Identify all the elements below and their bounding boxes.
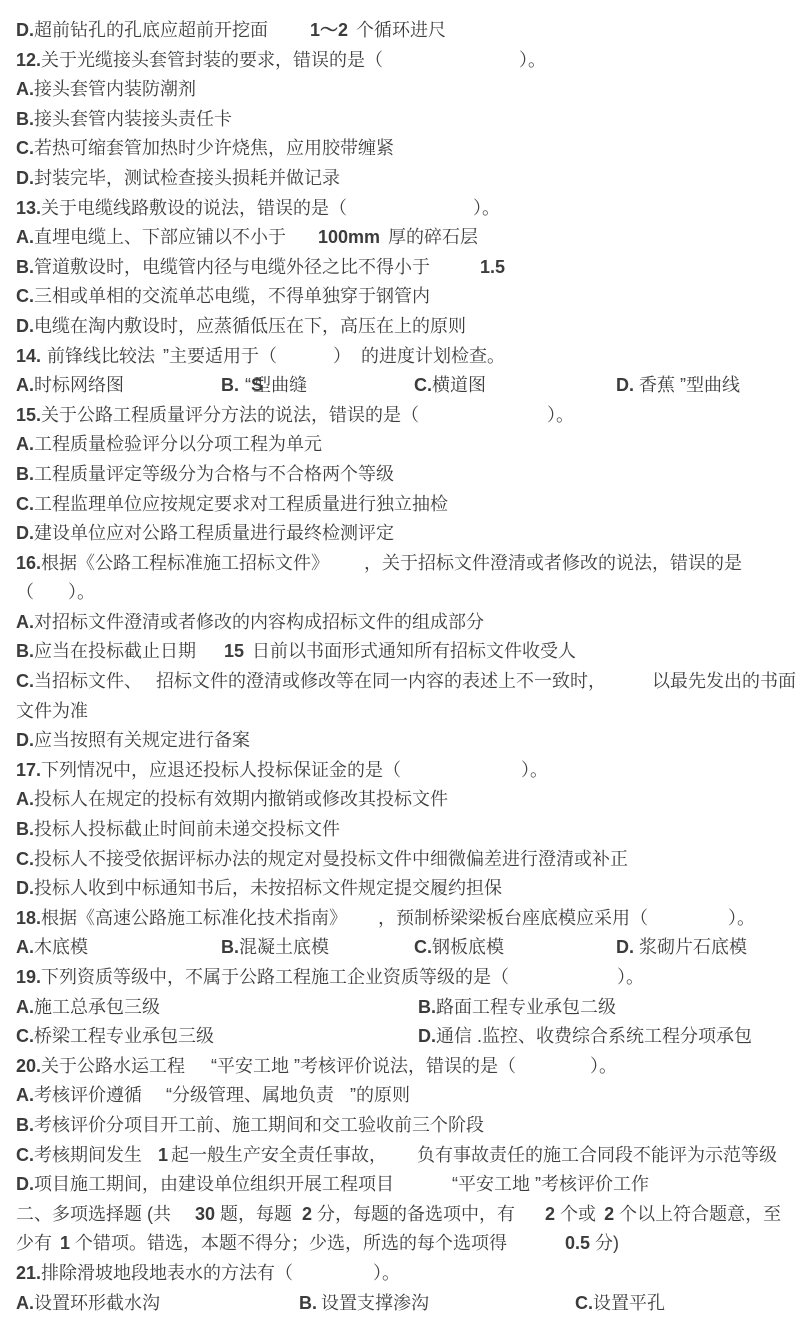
label-bold: D. xyxy=(616,375,634,395)
text-segment: 关于公路工程质量评分方法的说法，错误的是（ xyxy=(41,405,419,425)
q20-option-c: C.考核期间发生1起一般生产安全责任事故，负有事故责任的施工合同段不能评为示范等… xyxy=(16,1141,795,1171)
text-segment: 厚的碎石层 xyxy=(388,227,478,247)
text-segment: 招标文件的澄清或修改等在同一内容的表述上不一致时， xyxy=(156,671,606,691)
text-segment: 考核评价遵循 xyxy=(34,1085,142,1105)
text-run: 文件为准 xyxy=(16,701,88,721)
text-segment: 工程质量检验评分以分项工程为单元 xyxy=(34,434,322,454)
label-bold: C. xyxy=(575,1293,593,1313)
q19-options-row2: C.桥梁工程专业承包三级D.通信 .监控、收费综合系统工程分项承包 xyxy=(16,1022,795,1052)
label-bold: D. xyxy=(16,168,34,188)
text-run: A.考核评价遵循“分级管理、属地负责”的原则 xyxy=(16,1085,410,1105)
text-segment: ） xyxy=(333,346,351,366)
text-segment: 三相或单相的交流单芯电缆，不得单独穿于钢管内 xyxy=(34,286,430,306)
q16-stem: 16.根据《公路工程标准施工招标文件》，关于招标文件澄清或者修改的说法，错误的是 xyxy=(16,549,795,579)
q19-options-row1: A.施工总承包三级B.路面工程专业承包二级 xyxy=(16,993,795,1023)
text-segment: 接头套管内装防潮剂 xyxy=(34,79,196,99)
text-run: 17.下列情况中，应退还投标人投标保证金的是（）。 xyxy=(16,760,548,780)
text-run: 12.关于光缆接头套管封装的要求，错误的是（）。 xyxy=(16,50,546,70)
text-segment: 前锋线比较法 xyxy=(47,346,155,366)
text-run: B.工程质量评定等级分为合格与不合格两个等级 xyxy=(16,464,394,484)
q17-option-a: A.投标人在规定的投标有效期内撤销或修改其投标文件 xyxy=(16,785,795,815)
text-run: 16.根据《公路工程标准施工招标文件》，关于招标文件澄清或者修改的说法，错误的是 xyxy=(16,553,742,573)
text-segment: 排除滑坡地段地表水的方法有（ xyxy=(41,1263,293,1283)
label-bold: C. xyxy=(16,494,34,514)
option-b: B.混凝土底模 xyxy=(221,933,329,963)
label-bold: 2 xyxy=(302,1204,312,1224)
text-segment: 超前钻孔的孔底应超前开挖面 xyxy=(34,20,268,40)
q12-option-d: D.封装完毕，测试检查接头损耗并做记录 xyxy=(16,164,795,194)
label-bold: 1.5 xyxy=(480,257,505,277)
text-run: 14.前锋线比较法”主要适用于（）的进度计划检查。 xyxy=(16,346,505,366)
q12-option-a: A.接头套管内装防潮剂 xyxy=(16,75,795,105)
option-b: B.“S型曲缝 xyxy=(221,371,307,401)
label-bold: B. xyxy=(16,109,34,129)
text-segment: 考核评价分项目开工前、施工期间和交工验收前三个阶段 xyxy=(34,1115,484,1135)
text-segment: 型曲缝 xyxy=(253,375,307,395)
text-segment: 电缆在淘内敷设时，应蒸循低压在下，高压在上的原则 xyxy=(34,316,466,336)
text-segment: ”的原则 xyxy=(350,1085,410,1105)
q17-option-b: B.投标人投标截止时间前未递交投标文件 xyxy=(16,815,795,845)
option-c: C.钢板底模 xyxy=(414,933,504,963)
text-segment: 根据《公路工程标准施工招标文件》 xyxy=(41,553,320,573)
text-segment: 封装完毕，测试检查接头损耗并做记录 xyxy=(34,168,340,188)
q17-stem: 17.下列情况中，应退还投标人投标保证金的是（）。 xyxy=(16,756,795,786)
text-segment: 分) xyxy=(595,1233,619,1253)
option-b: B.设置支撑渗沟 xyxy=(299,1289,429,1319)
text-segment: “平安工地 ”考核评价工作 xyxy=(452,1174,649,1194)
label-bold: B. xyxy=(16,819,34,839)
text-run: C.三相或单相的交流单芯电缆，不得单独穿于钢管内 xyxy=(16,286,430,306)
text-segment: ）。 xyxy=(617,967,644,987)
label-bold: D. xyxy=(16,730,34,750)
text-segment: 负有事故责任的施工合同段不能评为示范等级 xyxy=(417,1145,777,1165)
text-segment: 当招标文件、 xyxy=(34,671,142,691)
text-segment: 应当在投标截止日期 xyxy=(34,641,196,661)
label-bold: A. xyxy=(16,997,34,1017)
q20-option-b: B.考核评价分项目开工前、施工期间和交工验收前三个阶段 xyxy=(16,1111,795,1141)
q15-option-d: D.建设单位应对公路工程质量进行最终检测评定 xyxy=(16,519,795,549)
label-bold: A. xyxy=(16,612,34,632)
q11-option-d: D.超前钻孔的孔底应超前开挖面1～2个循环进尺 xyxy=(16,16,795,46)
label-bold: C. xyxy=(16,1145,34,1165)
option-a: A.设置环形截水沟 xyxy=(16,1289,160,1319)
q12-option-c: C.若热可缩套管加热时少许烧焦，应用胶带缠紧 xyxy=(16,134,795,164)
option-d: D.香蕉 ”型曲线 xyxy=(616,371,740,401)
label-bold: 13. xyxy=(16,198,41,218)
text-run: 15.关于公路工程质量评分方法的说法，错误的是（）。 xyxy=(16,405,574,425)
label-bold: C. xyxy=(16,671,34,691)
text-segment: 工程质量评定等级分为合格与不合格两个等级 xyxy=(34,464,394,484)
text-run: D.超前钻孔的孔底应超前开挖面1～2个循环进尺 xyxy=(16,20,446,40)
text-run: A.投标人在规定的投标有效期内撤销或修改其投标文件 xyxy=(16,789,448,809)
text-segment: 起一般生产安全责任事故， xyxy=(171,1145,387,1165)
section2-header-line2: 少有1个错项。错选，本题不得分；少选，所选的每个选项得0.5分) xyxy=(16,1229,795,1259)
text-run: B.考核评价分项目开工前、施工期间和交工验收前三个阶段 xyxy=(16,1115,484,1135)
text-run: D.建设单位应对公路工程质量进行最终检测评定 xyxy=(16,523,394,543)
section2-header-line1: 二、多项选择题 (共30题，每题2分，每题的备选项中，有2个或2个以上符合题意，… xyxy=(16,1200,795,1230)
label-bold: D. xyxy=(16,523,34,543)
q20-stem: 20.关于公路水运工程“平安工地 ”考核评价说法，错误的是（）。 xyxy=(16,1052,795,1082)
text-run: A.接头套管内装防潮剂 xyxy=(16,79,196,99)
q13-stem: 13.关于电缆线路敷设的说法，错误的是（）。 xyxy=(16,194,795,224)
text-run: C.考核期间发生1起一般生产安全责任事故，负有事故责任的施工合同段不能评为示范等… xyxy=(16,1145,777,1165)
text-segment: 个或 xyxy=(560,1204,596,1224)
label-bold: C. xyxy=(16,138,34,158)
label-bold: B. xyxy=(16,257,34,277)
label-bold: B. xyxy=(299,1293,317,1313)
text-run: 少有1个错项。错选，本题不得分；少选，所选的每个选项得0.5分) xyxy=(16,1233,619,1253)
exam-paper-page: D.超前钻孔的孔底应超前开挖面1～2个循环进尺12.关于光缆接头套管封装的要求，… xyxy=(0,0,809,1332)
label-bold: 14. xyxy=(16,346,41,366)
label-bold: D. xyxy=(16,878,34,898)
text-segment: 投标人不接受依据评标办法的规定对曼投标文件中细微偏差进行澄清或补正 xyxy=(34,849,628,869)
q14-options: A.时标网络图B.“S型曲缝C.横道图D.香蕉 ”型曲线 xyxy=(16,371,795,401)
q16-option-d: D.应当按照有关规定进行备案 xyxy=(16,726,795,756)
label-bold: 19. xyxy=(16,967,41,987)
label-bold: B. xyxy=(418,997,436,1017)
q19-stem: 19.下列资质等级中，不属于公路工程施工企业资质等级的是（）。 xyxy=(16,963,795,993)
option-d: D.通信 .监控、收费综合系统工程分项承包 xyxy=(418,1022,752,1052)
text-run: D.电缆在淘内敷设时，应蒸循低压在下，高压在上的原则 xyxy=(16,316,466,336)
text-run: D.封装完毕，测试检查接头损耗并做记录 xyxy=(16,168,340,188)
text-segment: 个错项。错选，本题不得分；少选，所选的每个选项得 xyxy=(75,1233,507,1253)
text-run: A.工程质量检验评分以分项工程为单元 xyxy=(16,434,322,454)
text-run: C.投标人不接受依据评标办法的规定对曼投标文件中细微偏差进行澄清或补正 xyxy=(16,849,628,869)
text-segment: 根据《高速公路施工标准化技术指南》 xyxy=(41,908,338,928)
option-a: A.木底模 xyxy=(16,933,88,963)
text-segment: ”主要适用于（ xyxy=(163,346,277,366)
text-run: 19.下列资质等级中，不属于公路工程施工企业资质等级的是（）。 xyxy=(16,967,644,987)
label-bold: C. xyxy=(16,1026,34,1046)
text-run: B.应当在投标截止日期15日前以书面形式通知所有招标文件收受人 xyxy=(16,641,576,661)
text-segment: 施工总承包三级 xyxy=(34,997,160,1017)
text-run: 20.关于公路水运工程“平安工地 ”考核评价说法，错误的是（）。 xyxy=(16,1056,617,1076)
text-segment: 通信 .监控、收费综合系统工程分项承包 xyxy=(436,1026,752,1046)
document-content: D.超前钻孔的孔底应超前开挖面1～2个循环进尺12.关于光缆接头套管封装的要求，… xyxy=(16,16,795,1318)
text-segment: 二、多项选择题 (共 xyxy=(16,1204,171,1224)
option-d: D.浆砌片石底模 xyxy=(616,933,747,963)
label-bold: D. xyxy=(418,1026,436,1046)
label-bold: D. xyxy=(16,1174,34,1194)
text-segment: 个以上符合题意，至 xyxy=(619,1204,781,1224)
q14-stem: 14.前锋线比较法”主要适用于（）的进度计划检查。 xyxy=(16,342,795,372)
label-bold: A. xyxy=(16,1293,34,1313)
text-segment: 横道图 xyxy=(432,375,486,395)
label-bold: 12. xyxy=(16,50,41,70)
option-a: A.时标网络图 xyxy=(16,371,124,401)
text-run: B.管道敷设时，电缆管内径与电缆外径之比不得小于1.5 xyxy=(16,257,505,277)
text-segment: 以最先发出的书面 xyxy=(652,671,796,691)
text-segment: 桥梁工程专业承包三级 xyxy=(34,1026,214,1046)
text-run: D.投标人收到中标通知书后，未按招标文件规定提交履约担保 xyxy=(16,878,502,898)
q15-option-c: C.工程监理单位应按规定要求对工程质量进行独立抽检 xyxy=(16,490,795,520)
text-run: 18.根据《高速公路施工标准化技术指南》，预制桥梁梁板台座底模应采用（）。 xyxy=(16,908,755,928)
text-segment: ）。 xyxy=(373,1263,400,1283)
text-segment: 投标人投标截止时间前未递交投标文件 xyxy=(34,819,340,839)
label-bold: 1～2 xyxy=(310,20,348,40)
q20-option-d: D.项目施工期间，由建设单位组织开展工程项目“平安工地 ”考核评价工作 xyxy=(16,1170,795,1200)
text-segment: 钢板底模 xyxy=(432,937,504,957)
q15-option-b: B.工程质量评定等级分为合格与不合格两个等级 xyxy=(16,460,795,490)
label-bold: C. xyxy=(414,937,432,957)
label-bold: A. xyxy=(16,789,34,809)
text-segment: 香蕉 ”型曲线 xyxy=(639,375,740,395)
q21-stem: 21.排除滑坡地段地表水的方法有（）。 xyxy=(16,1259,795,1289)
q18-stem: 18.根据《高速公路施工标准化技术指南》，预制桥梁梁板台座底模应采用（）。 xyxy=(16,904,795,934)
text-segment: 分，每题的备选项中，有 xyxy=(317,1204,515,1224)
label-bold: 0.5 xyxy=(565,1233,590,1253)
q16-stem-wrap: （）。 xyxy=(16,578,795,608)
label-bold: 100mm xyxy=(318,227,380,247)
label-bold: B. xyxy=(16,641,34,661)
text-segment: 设置平孔 xyxy=(593,1293,665,1313)
label-bold: 15. xyxy=(16,405,41,425)
label-bold: 16. xyxy=(16,553,41,573)
text-segment: 下列资质等级中，不属于公路工程施工企业资质等级的是（ xyxy=(41,967,509,987)
q18-options: A.木底模B.混凝土底模C.钢板底模D.浆砌片石底模 xyxy=(16,933,795,963)
text-segment: ）。 xyxy=(521,760,548,780)
text-segment: 文件为准 xyxy=(16,701,88,721)
text-segment: 浆砌片石底模 xyxy=(639,937,747,957)
text-segment: 日前以书面形式通知所有招标文件收受人 xyxy=(252,641,576,661)
label-bold: A. xyxy=(16,79,34,99)
q16-option-a: A.对招标文件澄清或者修改的内容构成招标文件的组成部分 xyxy=(16,608,795,638)
text-segment: ）。 xyxy=(728,908,755,928)
label-bold: 2 xyxy=(604,1204,614,1224)
text-segment: ，关于招标文件澄清或者修改的说法，错误的是 xyxy=(364,553,742,573)
text-segment: 木底模 xyxy=(34,937,88,957)
option-c: C.设置平孔 xyxy=(575,1289,665,1319)
label-bold: D. xyxy=(16,20,34,40)
text-segment: 接头套管内装接头责任卡 xyxy=(34,109,232,129)
label-bold: 1 xyxy=(158,1145,168,1165)
label-bold: 20. xyxy=(16,1056,41,1076)
label-bold: D. xyxy=(16,316,34,336)
text-segment: 设置支撑渗沟 xyxy=(321,1293,429,1313)
text-segment: 投标人在规定的投标有效期内撤销或修改其投标文件 xyxy=(34,789,448,809)
label-bold: 2 xyxy=(545,1204,555,1224)
label-bold: 15 xyxy=(224,641,244,661)
label-bold: B. xyxy=(16,1115,34,1135)
text-segment: 时标网络图 xyxy=(34,375,124,395)
text-segment: 下列情况中，应退还投标人投标保证金的是（ xyxy=(41,760,401,780)
text-segment: “分级管理、属地负责 xyxy=(166,1085,334,1105)
text-run: （）。 xyxy=(16,582,95,602)
text-segment: 若热可缩套管加热时少许烧焦，应用胶带缠紧 xyxy=(34,138,394,158)
text-segment: 混凝土底模 xyxy=(239,937,329,957)
label-bold: C. xyxy=(16,286,34,306)
label-bold: 1 xyxy=(60,1233,70,1253)
text-run: 21.排除滑坡地段地表水的方法有（）。 xyxy=(16,1263,400,1283)
q13-option-a: A.直埋电缆上、下部应铺以不小于100mm厚的碎石层 xyxy=(16,223,795,253)
q12-option-b: B.接头套管内装接头责任卡 xyxy=(16,105,795,135)
label-bold: 17. xyxy=(16,760,41,780)
q15-stem: 15.关于公路工程质量评分方法的说法，错误的是（）。 xyxy=(16,401,795,431)
text-segment: ）。 xyxy=(473,198,500,218)
text-segment: ，预制桥梁梁板台座底模应采用（ xyxy=(378,908,648,928)
text-segment: 个循环进尺 xyxy=(356,20,446,40)
text-segment: 关于光缆接头套管封装的要求，错误的是（ xyxy=(41,50,383,70)
q21-options: A.设置环形截水沟B.设置支撑渗沟C.设置平孔 xyxy=(16,1289,795,1319)
text-segment: 题，每题 xyxy=(220,1204,292,1224)
option-a: A.施工总承包三级 xyxy=(16,993,160,1023)
q13-option-c: C.三相或单相的交流单芯电缆，不得单独穿于钢管内 xyxy=(16,282,795,312)
text-run: B.投标人投标截止时间前未递交投标文件 xyxy=(16,819,340,839)
text-run: 二、多项选择题 (共30题，每题2分，每题的备选项中，有2个或2个以上符合题意，… xyxy=(16,1204,781,1224)
text-segment: 直埋电缆上、下部应铺以不小于 xyxy=(34,227,286,247)
q16-option-b: B.应当在投标截止日期15日前以书面形式通知所有招标文件收受人 xyxy=(16,637,795,667)
text-segment: 关于电缆线路敷设的说法，错误的是（ xyxy=(41,198,347,218)
q13-option-b: B.管道敷设时，电缆管内径与电缆外径之比不得小于1.5 xyxy=(16,253,795,283)
label-bold: A. xyxy=(16,375,34,395)
text-segment: ）。 xyxy=(590,1056,617,1076)
label-bold: A. xyxy=(16,937,34,957)
text-segment: 路面工程专业承包二级 xyxy=(436,997,616,1017)
q15-option-a: A.工程质量检验评分以分项工程为单元 xyxy=(16,430,795,460)
text-segment: 应当按照有关规定进行备案 xyxy=(34,730,250,750)
text-segment: ）。 xyxy=(519,50,546,70)
q20-option-a: A.考核评价遵循“分级管理、属地负责”的原则 xyxy=(16,1081,795,1111)
label-bold: 21. xyxy=(16,1263,41,1283)
option-c: C.横道图 xyxy=(414,371,486,401)
text-segment: ）。 xyxy=(547,405,574,425)
option-b: B.路面工程专业承包二级 xyxy=(418,993,616,1023)
text-segment: （ xyxy=(16,582,34,602)
q13-option-d: D.电缆在淘内敷设时，应蒸循低压在下，高压在上的原则 xyxy=(16,312,795,342)
label-bold: D. xyxy=(616,937,634,957)
text-segment: “平安工地 ”考核评价说法，错误的是（ xyxy=(211,1056,516,1076)
label-bold: A. xyxy=(16,1085,34,1105)
label-bold: C. xyxy=(414,375,432,395)
text-segment: 管道敷设时，电缆管内径与电缆外径之比不得小于 xyxy=(34,257,430,277)
label-bold: A. xyxy=(16,227,34,247)
text-segment: 建设单位应对公路工程质量进行最终检测评定 xyxy=(34,523,394,543)
text-run: C.若热可缩套管加热时少许烧焦，应用胶带缠紧 xyxy=(16,138,394,158)
q17-option-d: D.投标人收到中标通知书后，未按招标文件规定提交履约担保 xyxy=(16,874,795,904)
text-run: C.工程监理单位应按规定要求对工程质量进行独立抽检 xyxy=(16,494,448,514)
text-segment: 少有 xyxy=(16,1233,52,1253)
text-run: 13.关于电缆线路敷设的说法，错误的是（）。 xyxy=(16,198,500,218)
label-bold: B. xyxy=(221,937,239,957)
label-bold: A. xyxy=(16,434,34,454)
text-run: D.项目施工期间，由建设单位组织开展工程项目“平安工地 ”考核评价工作 xyxy=(16,1174,649,1194)
text-segment: 工程监理单位应按规定要求对工程质量进行独立抽检 xyxy=(34,494,448,514)
text-run: A.对招标文件澄清或者修改的内容构成招标文件的组成部分 xyxy=(16,612,484,632)
text-run: B.接头套管内装接头责任卡 xyxy=(16,109,232,129)
label-bold: 30 xyxy=(195,1204,215,1224)
q17-option-c: C.投标人不接受依据评标办法的规定对曼投标文件中细微偏差进行澄清或补正 xyxy=(16,845,795,875)
option-c: C.桥梁工程专业承包三级 xyxy=(16,1022,214,1052)
label-bold: 18. xyxy=(16,908,41,928)
q16-option-c-wrap: 文件为准 xyxy=(16,697,795,727)
q12-stem: 12.关于光缆接头套管封装的要求，错误的是（）。 xyxy=(16,46,795,76)
text-segment: 投标人收到中标通知书后，未按招标文件规定提交履约担保 xyxy=(34,878,502,898)
text-segment: 对招标文件澄清或者修改的内容构成招标文件的组成部分 xyxy=(34,612,484,632)
text-segment: ）。 xyxy=(68,582,95,602)
text-segment: 项目施工期间，由建设单位组织开展工程项目 xyxy=(34,1174,394,1194)
label-bold: B. xyxy=(16,464,34,484)
text-run: A.直埋电缆上、下部应铺以不小于100mm厚的碎石层 xyxy=(16,227,478,247)
text-segment: 考核期间发生 xyxy=(34,1145,142,1165)
text-segment: 设置环形截水沟 xyxy=(34,1293,160,1313)
label-bold: B. xyxy=(221,375,239,395)
text-run: D.应当按照有关规定进行备案 xyxy=(16,730,250,750)
text-run: C.当招标文件、招标文件的澄清或修改等在同一内容的表述上不一致时，以最先发出的书… xyxy=(16,671,796,691)
label-bold: C. xyxy=(16,849,34,869)
text-segment: 关于公路水运工程 xyxy=(41,1056,185,1076)
text-segment: 的进度计划检查。 xyxy=(361,346,505,366)
q16-option-c: C.当招标文件、招标文件的澄清或修改等在同一内容的表述上不一致时，以最先发出的书… xyxy=(16,667,795,697)
